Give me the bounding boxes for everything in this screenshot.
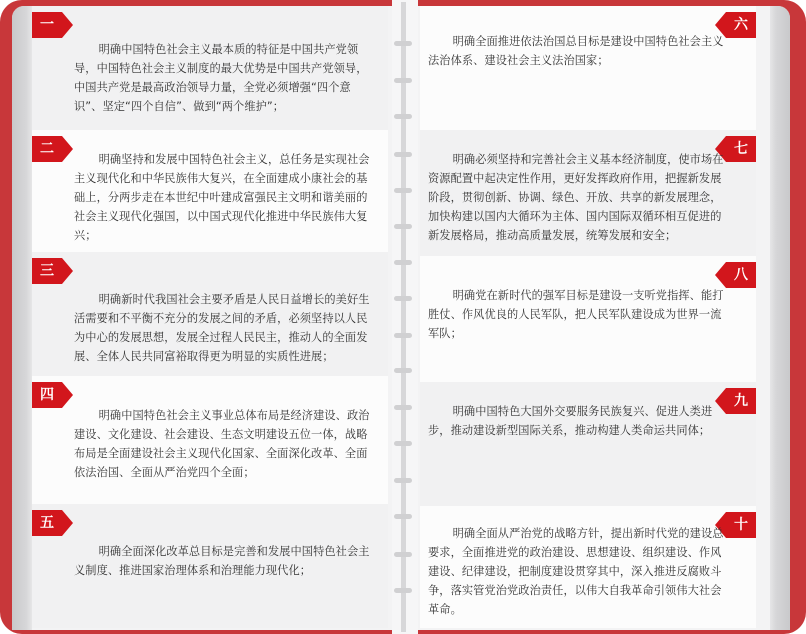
numeral-badge: 一 (32, 12, 62, 38)
numeral-badge: 五 (32, 510, 62, 536)
principle-text: 明确全面推进依法治国总目标是建设中国特色社会主义法治体系、建设社会主义法治国家； (428, 32, 726, 70)
numeral-badge: 十 (726, 512, 756, 538)
principle-card-4: 四 明确中国特色社会主义事业总体布局是经济建设、政治建设、文化建设、社会建设、生… (32, 376, 388, 504)
page-edge-left (12, 6, 32, 630)
binder-ring-icon (394, 441, 412, 446)
numeral-badge: 七 (726, 136, 756, 162)
numeral-badge: 二 (32, 136, 62, 162)
page-edge-right (770, 6, 790, 630)
principle-text: 明确党在新时代的强军目标是建设一支听党指挥、能打胜仗、作风优良的人民军队，把人民… (428, 286, 726, 343)
numeral-badge: 三 (32, 258, 62, 284)
numeral-badge: 八 (726, 262, 756, 288)
binder-ring-icon (394, 552, 412, 557)
binder-ring-icon (394, 78, 412, 83)
binder-ring-icon (394, 333, 412, 338)
principle-text: 明确中国特色社会主义最本质的特征是中国共产党领导，中国特色社会主义制度的最大优势… (74, 40, 374, 116)
binder-ring-icon (394, 514, 412, 519)
principle-card-2: 二 明确坚持和发展中国特色社会主义，总任务是实现社会主义现代化和中华民族伟大复兴… (32, 130, 388, 252)
principle-text: 明确坚持和发展中国特色社会主义，总任务是实现社会主义现代化和中华民族伟大复兴，在… (74, 150, 374, 245)
principle-text: 明确全面从严治党的战略方针，提出新时代党的建设总要求，全面推进党的政治建设、思想… (428, 524, 726, 619)
binder-ring-icon (394, 588, 412, 593)
principle-card-3: 三 明确新时代我国社会主要矛盾是人民日益增长的美好生活需要和不平衡不充分的发展之… (32, 252, 388, 376)
binder-ring-icon (394, 188, 412, 193)
binder-ring-icon (394, 368, 412, 373)
principle-card-7: 七 明确必须坚持和完善社会主义基本经济制度，使市场在资源配置中起决定性作用，更好… (420, 130, 756, 256)
principle-card-5: 五 明确全面深化改革总目标是完善和发展中国特色社会主义制度、推进国家治理体系和治… (32, 504, 388, 628)
principle-text: 明确中国特色大国外交要服务民族复兴、促进人类进步，推动建设新型国际关系，推动构建… (428, 402, 726, 440)
binder-ring-icon (394, 405, 412, 410)
binding-spine (401, 2, 406, 632)
principle-card-8: 八 明确党在新时代的强军目标是建设一支听党指挥、能打胜仗、作风优良的人民军队，把… (420, 256, 756, 382)
numeral-badge: 九 (726, 388, 756, 414)
numeral-badge: 四 (32, 382, 62, 408)
binder-ring-icon (394, 224, 412, 229)
binder-ring-icon (394, 260, 412, 265)
principle-text: 明确必须坚持和完善社会主义基本经济制度，使市场在资源配置中起决定性作用，更好发挥… (428, 150, 726, 245)
principle-text: 明确新时代我国社会主要矛盾是人民日益增长的美好生活需要和不平衡不充分的发展之间的… (74, 290, 374, 366)
binder-ring-icon (394, 41, 412, 46)
numeral-badge: 六 (726, 12, 756, 38)
binder-ring-icon (394, 296, 412, 301)
binder-ring-icon (394, 478, 412, 483)
binder-ring-icon (394, 114, 412, 119)
principle-text: 明确中国特色社会主义事业总体布局是经济建设、政治建设、文化建设、社会建设、生态文… (74, 406, 374, 482)
principle-card-1: 一 明确中国特色社会主义最本质的特征是中国共产党领导，中国特色社会主义制度的最大… (32, 6, 388, 130)
binder-ring-icon (394, 152, 412, 157)
principle-text: 明确全面深化改革总目标是完善和发展中国特色社会主义制度、推进国家治理体系和治理能… (74, 542, 374, 580)
principle-card-6: 六 明确全面推进依法治国总目标是建设中国特色社会主义法治体系、建设社会主义法治国… (420, 6, 756, 130)
principle-card-9: 九 明确中国特色大国外交要服务民族复兴、促进人类进步，推动建设新型国际关系，推动… (420, 382, 756, 506)
principle-card-10: 十 明确全面从严治党的战略方针，提出新时代党的建设总要求，全面推进党的政治建设、… (420, 506, 756, 628)
